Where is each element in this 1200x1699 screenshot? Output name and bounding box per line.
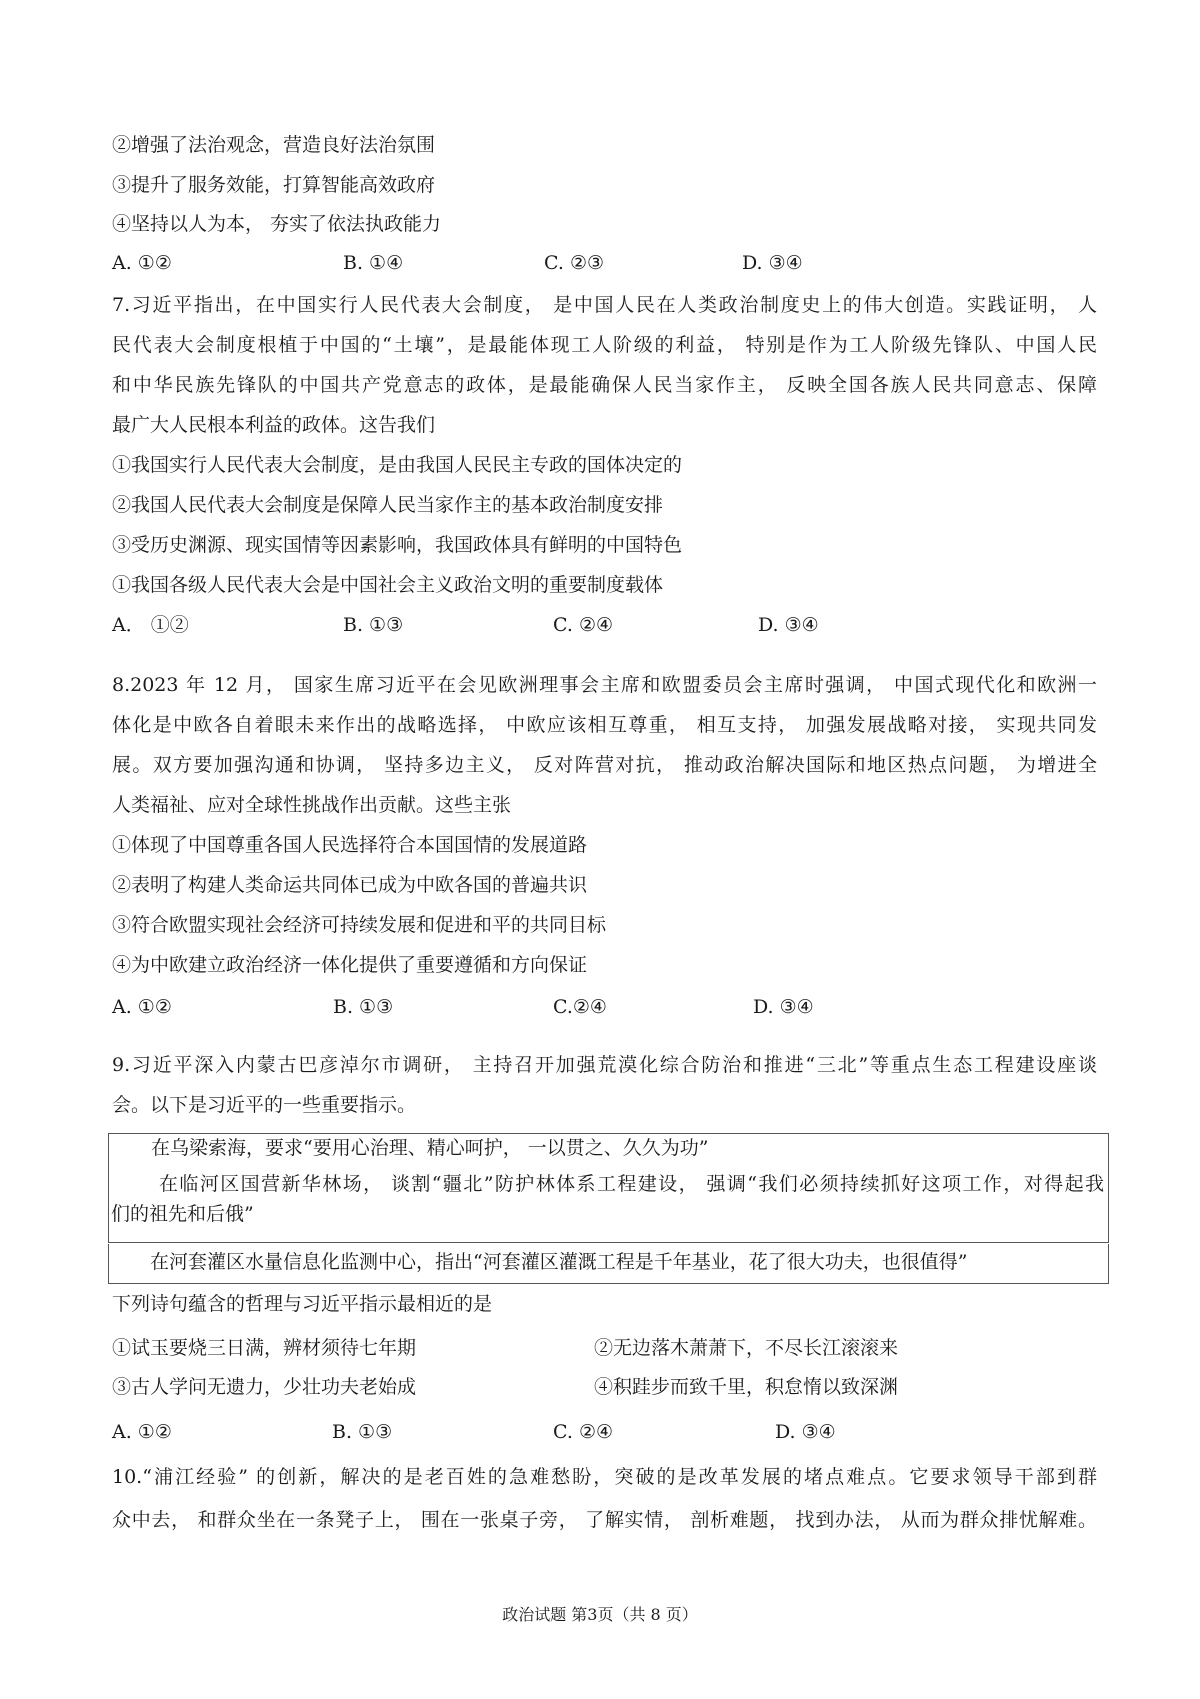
q6-statement-2: ②增强了法治观念，营造良好法治氛围 <box>112 133 435 157</box>
q7-option-c: C. ②④ <box>553 613 613 637</box>
q7-stem-line-4: 最广大人民根本利益的政体。这告我们 <box>112 413 435 437</box>
q8-statement-2: ②表明了构建人类命运共同体已成为中欧各国的普遍共识 <box>112 873 587 897</box>
q7-statement-3: ③受历史渊源、现实国情等因素影响，我国政体具有鲜明的中国特色 <box>112 533 682 557</box>
q6-option-a: A. ①② <box>112 251 172 275</box>
q7-option-a: A． ①② <box>112 613 189 637</box>
q8-statement-4: ④为中欧建立政治经济一体化提供了重要遵循和方向保证 <box>112 953 587 977</box>
q7-stem-line-3: 和中华民族先锋队的中国共产党意志的政体，是最能确保人民当家作主， 反映全国各族人… <box>112 373 1097 397</box>
q9-stem-line-2: 会。以下是习近平的一些重要指示。 <box>112 1093 416 1117</box>
quote-box-bottom <box>108 1244 1109 1284</box>
q8-option-a: A. ①② <box>112 995 172 1019</box>
q6-statement-4: ④坚持以人为本， 夯实了依法执政能力 <box>112 212 441 236</box>
q9-question: 下列诗句蕴含的哲理与习近平指示最相近的是 <box>112 1292 492 1316</box>
q6-option-d: D. ③④ <box>742 251 803 275</box>
q8-stem-line-3: 展。双方要加强沟通和协调， 坚持多边主义， 反对阵营对抗， 推动政治解决国际和地… <box>112 753 1097 777</box>
quote-line-2: 在临河区国营新华林场， 谈割“疆北”防护林体系工程建设， 强调“我们必须持续抓好… <box>159 1172 1104 1196</box>
q9-statement-4: ④积跬步而致千里，积怠惰以致深渊 <box>594 1375 898 1399</box>
q9-statement-3: ③古人学问无遗力，少壮功夫老始成 <box>112 1375 416 1399</box>
q9-option-d: D. ③④ <box>775 1420 836 1444</box>
q9-statement-2: ②无边落木萧萧下，不尽长江滚滚来 <box>594 1336 898 1360</box>
q7-statement-4: ①我国各级人民代表大会是中国社会主义政治文明的重要制度载体 <box>112 573 663 597</box>
q6-statement-3: ③提升了服务效能，打算智能高效政府 <box>112 173 435 197</box>
q9-option-c: C. ②④ <box>553 1420 613 1444</box>
q6-option-b: B. ①④ <box>343 251 403 275</box>
q8-option-c: C.②④ <box>553 995 607 1019</box>
q8-statement-1: ①体现了中国尊重各国人民选择符合本国国情的发展道路 <box>112 833 587 857</box>
page-footer: 政治试题 第3页（共 8 页） <box>0 1605 1200 1625</box>
q10-stem-line-2: 众中去， 和群众坐在一条凳子上， 围在一张桌子旁， 了解实情， 剖析难题， 找到… <box>112 1508 1097 1532</box>
q6-option-c: C. ②③ <box>544 251 604 275</box>
q8-stem-line-2: 体化是中欧各自着眼未来作出的战略选择， 中欧应该相互尊重， 相互支持， 加强发展… <box>112 713 1097 737</box>
quote-box: 在乌梁索海，要求“要用心治理、精心呵护， 一以贯之、久久为功” 在临河区国营新华… <box>108 1133 1109 1243</box>
q7-stem-line-2: 民代表大会制度根植于中国的“土壤”，是最能体现工人阶级的利益， 特别是作为工人阶… <box>112 333 1097 357</box>
q9-stem-line-1: 9.习近平深入内蒙古巴彦淖尔市调研， 主持召开加强荒漠化综合防治和推进“三北”等… <box>112 1053 1097 1077</box>
q9-option-a: A. ①② <box>112 1420 172 1444</box>
q8-statement-3: ③符合欧盟实现社会经济可持续发展和促进和平的共同目标 <box>112 913 606 937</box>
q9-statement-1: ①试玉要烧三日满，辨材须待七年期 <box>112 1336 416 1360</box>
q7-statement-2: ②我国人民代表大会制度是保障人民当家作主的基本政治制度安排 <box>112 493 663 517</box>
quote-line-1: 在乌梁索海，要求“要用心治理、精心呵护， 一以贯之、久久为功” <box>151 1136 708 1160</box>
q8-stem-line-4: 人类福祉、应对全球性挑战作出贡献。这些主张 <box>112 793 511 817</box>
q8-stem-line-1: 8.2023 年 12 月， 国家生席习近平在会见欧洲理事会主席和欧盟委员会主席… <box>112 673 1097 697</box>
exam-page: ②增强了法治观念，营造良好法治氛围 ③提升了服务效能，打算智能高效政府 ④坚持以… <box>0 0 1200 1699</box>
q7-statement-1: ①我国实行人民代表大会制度，是由我国人民民主专政的国体决定的 <box>112 453 682 477</box>
q7-stem-line-1: 7.习近平指出，在中国实行人民代表大会制度， 是中国人民在人类政治制度史上的伟大… <box>112 293 1097 317</box>
q8-option-b: B. ①③ <box>333 995 393 1019</box>
q8-option-d: D. ③④ <box>753 995 814 1019</box>
q7-option-b: B. ①③ <box>343 613 403 637</box>
q10-stem-line-1: 10.“浦江经验” 的创新，解决的是老百姓的急难愁盼，突破的是改革发展的堵点难点… <box>112 1465 1097 1489</box>
q7-option-d: D. ③④ <box>758 613 819 637</box>
q9-option-b: B. ①③ <box>332 1420 392 1444</box>
quote-line-3: 们的祖先和后俄” <box>111 1202 254 1226</box>
